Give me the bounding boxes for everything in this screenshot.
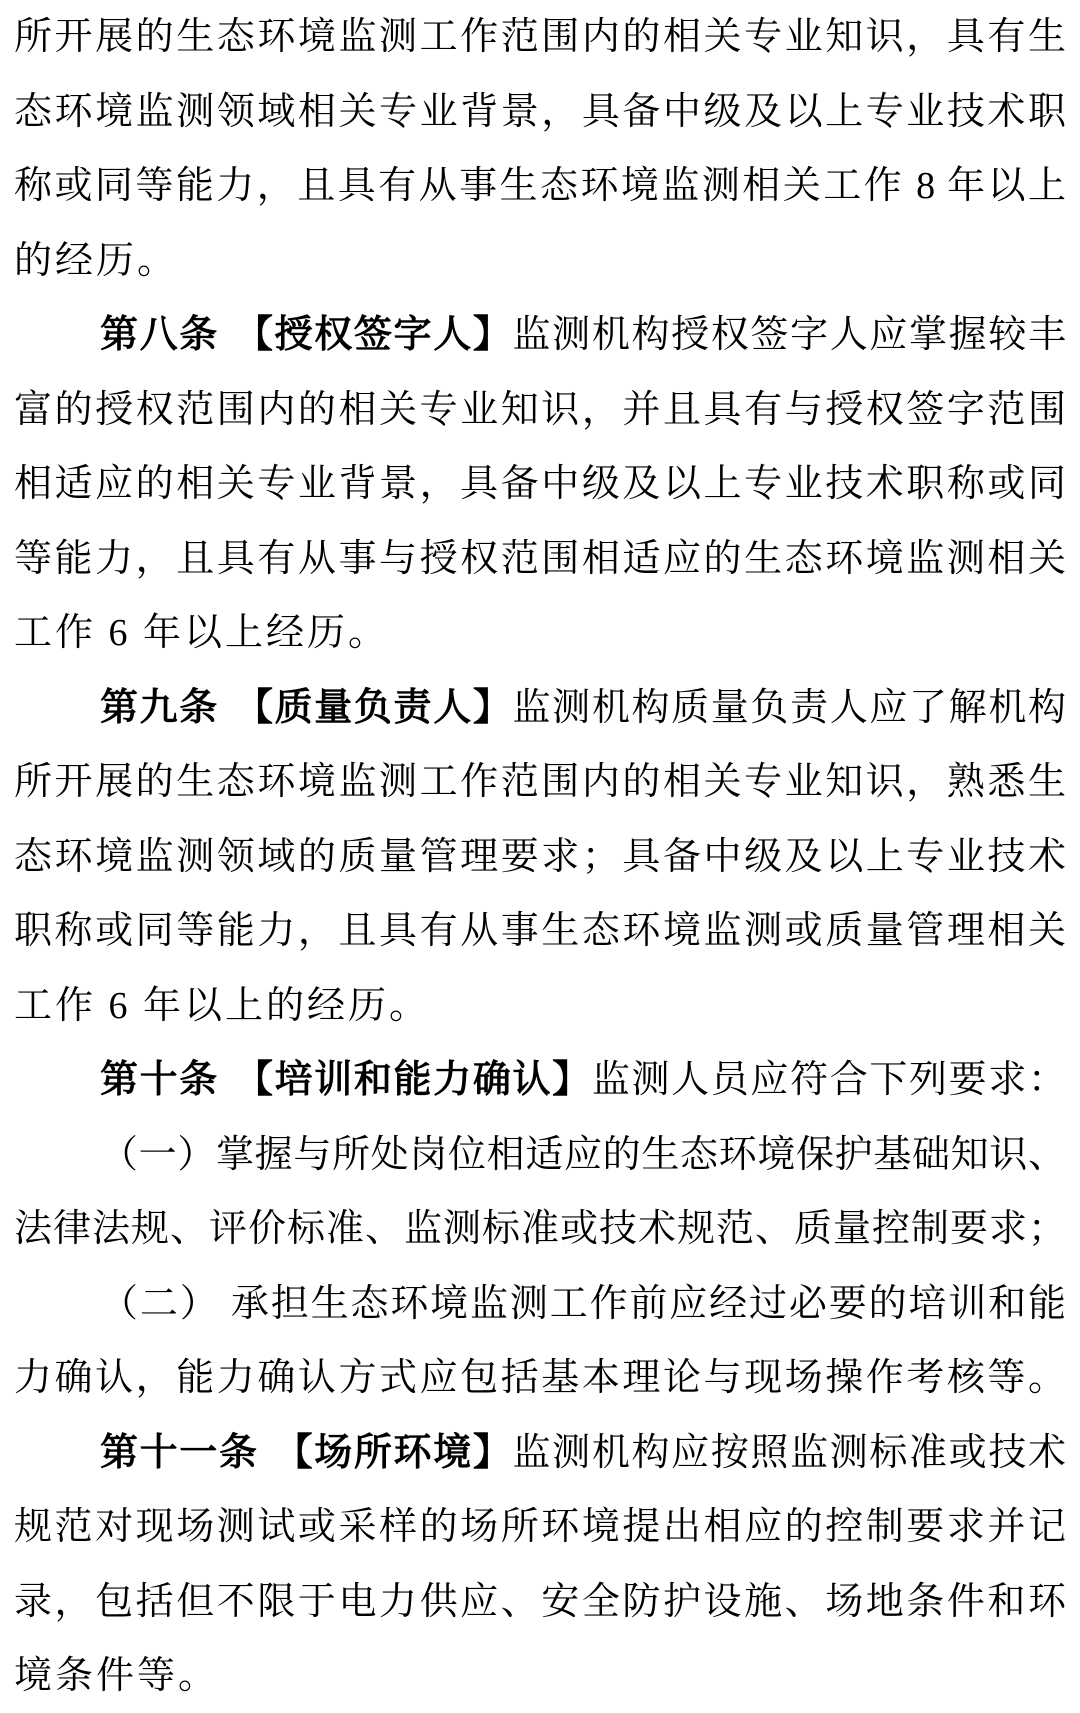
text-line: 相适应的相关专业背景，具备中级及以上专业技术职称或同 <box>14 447 1066 522</box>
line-text: 境条件等。 <box>14 1655 219 1697</box>
article-heading-line: 第十一条【场所环境】监测机构应按照监测标准或技术 <box>14 1416 1066 1491</box>
text-line: 称或同等能力，且具有从事生态环境监测相关工作 8 年以上 <box>14 149 1066 224</box>
article-title: 【质量负责人】 <box>235 687 513 729</box>
line-text: 录，包括但不限于电力供应、安全防护设施、场地条件和环 <box>14 1581 1066 1623</box>
line-text: 职称或同等能力，且具有从事生态环境监测或质量管理相关 <box>14 910 1066 952</box>
line-text: 法律法规、评价标准、监测标准或技术规范、质量控制要求； <box>14 1208 1066 1250</box>
text-line: 境条件等。 <box>14 1639 1066 1713</box>
text-line: （二） 承担生态环境监测工作前应经过必要的培训和能 <box>14 1267 1066 1342</box>
line-text: 规范对现场测试或采样的场所环境提出相应的控制要求并记 <box>14 1506 1066 1548</box>
article-number: 第十一条 <box>100 1432 259 1474</box>
document-page: 所开展的生态环境监测工作范围内的相关专业知识，具有生态环境监测领域相关专业背景，… <box>0 0 1080 1713</box>
line-text: 态环境监测领域相关专业背景，具备中级及以上专业技术职 <box>14 91 1066 133</box>
article-title: 【场所环境】 <box>275 1432 513 1474</box>
article-title: 【培训和能力确认】 <box>235 1059 592 1101</box>
line-text: 监测人员应符合下列要求： <box>592 1059 1066 1101</box>
article-number: 第八条 <box>100 314 219 356</box>
text-line: 富的授权范围内的相关专业知识，并且具有与授权签字范围 <box>14 373 1066 448</box>
document-body: 所开展的生态环境监测工作范围内的相关专业知识，具有生态环境监测领域相关专业背景，… <box>0 0 1080 1713</box>
text-line: 所开展的生态环境监测工作范围内的相关专业知识，具有生 <box>14 0 1066 75</box>
text-line: （一）掌握与所处岗位相适应的生态环境保护基础知识、 <box>14 1118 1066 1193</box>
text-line: 态环境监测领域相关专业背景，具备中级及以上专业技术职 <box>14 75 1066 150</box>
text-line: 规范对现场测试或采样的场所环境提出相应的控制要求并记 <box>14 1490 1066 1565</box>
line-text: 所开展的生态环境监测工作范围内的相关专业知识，熟悉生 <box>14 761 1066 803</box>
article-heading-line: 第十条【培训和能力确认】监测人员应符合下列要求： <box>14 1043 1066 1118</box>
line-text: 监测机构应按照监测标准或技术 <box>513 1432 1066 1474</box>
article-heading-line: 第八条【授权签字人】监测机构授权签字人应掌握较丰 <box>14 298 1066 373</box>
text-line: 工作 6 年以上的经历。 <box>14 969 1066 1044</box>
text-line: 职称或同等能力，且具有从事生态环境监测或质量管理相关 <box>14 894 1066 969</box>
line-text: （一）掌握与所处岗位相适应的生态环境保护基础知识、 <box>100 1134 1066 1176</box>
line-text: 富的授权范围内的相关专业知识，并且具有与授权签字范围 <box>14 389 1066 431</box>
line-text: 的经历。 <box>14 240 178 282</box>
text-line: 的经历。 <box>14 224 1066 299</box>
line-text: 等能力，且具有从事与授权范围相适应的生态环境监测相关 <box>14 538 1066 580</box>
article-number: 第十条 <box>100 1059 219 1101</box>
line-text: 工作 6 年以上经历。 <box>14 612 389 654</box>
text-line: 力确认，能力确认方式应包括基本理论与现场操作考核等。 <box>14 1341 1066 1416</box>
text-line: 态环境监测领域的质量管理要求；具备中级及以上专业技术 <box>14 820 1066 895</box>
line-text: 相适应的相关专业背景，具备中级及以上专业技术职称或同 <box>14 463 1066 505</box>
line-text: 称或同等能力，且具有从事生态环境监测相关工作 8 年以上 <box>14 165 1066 207</box>
text-line: 法律法规、评价标准、监测标准或技术规范、质量控制要求； <box>14 1192 1066 1267</box>
text-line: 所开展的生态环境监测工作范围内的相关专业知识，熟悉生 <box>14 745 1066 820</box>
article-heading-line: 第九条【质量负责人】监测机构质量负责人应了解机构 <box>14 671 1066 746</box>
line-text: 监测机构质量负责人应了解机构 <box>513 687 1066 729</box>
line-text: 态环境监测领域的质量管理要求；具备中级及以上专业技术 <box>14 836 1066 878</box>
article-title: 【授权签字人】 <box>235 314 513 356</box>
line-text: 所开展的生态环境监测工作范围内的相关专业知识，具有生 <box>14 16 1066 58</box>
text-line: 录，包括但不限于电力供应、安全防护设施、场地条件和环 <box>14 1565 1066 1640</box>
line-text: 力确认，能力确认方式应包括基本理论与现场操作考核等。 <box>14 1357 1066 1399</box>
article-number: 第九条 <box>100 687 219 729</box>
line-text: 工作 6 年以上的经历。 <box>14 985 430 1027</box>
line-text: 监测机构授权签字人应掌握较丰 <box>513 314 1066 356</box>
text-line: 等能力，且具有从事与授权范围相适应的生态环境监测相关 <box>14 522 1066 597</box>
text-line: 工作 6 年以上经历。 <box>14 596 1066 671</box>
line-text: （二） 承担生态环境监测工作前应经过必要的培训和能 <box>100 1283 1066 1325</box>
